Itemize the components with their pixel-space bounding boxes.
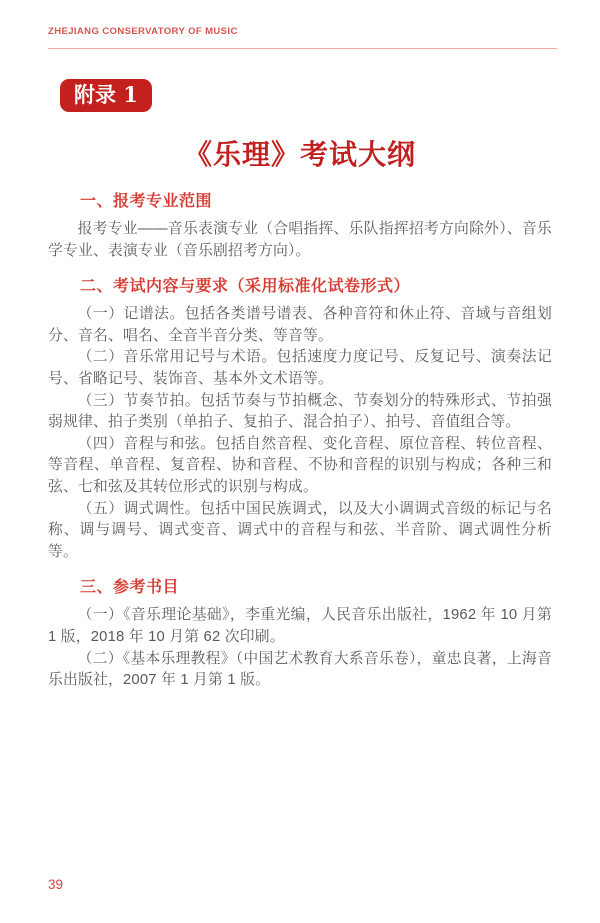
- paragraph: （二）音乐常用记号与术语。包括速度力度记号、反复记号、演奏法记号、省略记号、装饰…: [48, 347, 552, 390]
- paragraph: （四）音程与和弦。包括自然音程、变化音程、原位音程、转位音程、等音程、单音程、复…: [48, 434, 552, 499]
- paragraph: 报考专业——音乐表演专业（合唱指挥、乐队指挥招考方向除外）、音乐学专业、表演专业…: [48, 219, 552, 262]
- document-page: ZHEJIANG CONSERVATORY OF MUSIC 附录 1 《乐理》…: [0, 0, 600, 923]
- section-application-majors: 一、报考专业范围 报考专业——音乐表演专业（合唱指挥、乐队指挥招考方向除外）、音…: [48, 190, 552, 262]
- appendix-badge: 附录 1: [60, 79, 152, 112]
- section-heading-3: 三、参考书目: [48, 576, 552, 600]
- section-reference-books: 三、参考书目 （一）《音乐理论基础》，李重光编，人民音乐出版社，1962 年 1…: [48, 576, 552, 691]
- section-heading-1: 一、报考专业范围: [48, 190, 552, 214]
- header-divider: [48, 48, 557, 49]
- document-title: 《乐理》考试大纲: [48, 138, 552, 172]
- paragraph: （二）《基本乐理教程》（中国艺术教育大系音乐卷），童忠良著，上海音乐出版社，20…: [48, 649, 552, 692]
- paragraph: （一）《音乐理论基础》，李重光编，人民音乐出版社，1962 年 10 月第 1 …: [48, 605, 552, 648]
- paragraph: （一）记谱法。包括各类谱号谱表、各种音符和休止符、音域与音组划分、音名、唱名、全…: [48, 304, 552, 347]
- page-number: 39: [48, 877, 63, 893]
- paragraph: （五）调式调性。包括中国民族调式，以及大小调调式音级的标记与名称、调与调号、调式…: [48, 499, 552, 564]
- paragraph: （三）节奏节拍。包括节奏与节拍概念、节奏划分的特殊形式、节拍强弱规律、拍子类别（…: [48, 391, 552, 434]
- section-heading-2: 二、考试内容与要求（采用标准化试卷形式）: [48, 275, 552, 299]
- document-body: 一、报考专业范围 报考专业——音乐表演专业（合唱指挥、乐队指挥招考方向除外）、音…: [48, 190, 552, 692]
- page-content: ZHEJIANG CONSERVATORY OF MUSIC 附录 1 《乐理》…: [0, 0, 600, 692]
- section-exam-content: 二、考试内容与要求（采用标准化试卷形式） （一）记谱法。包括各类谱号谱表、各种音…: [48, 275, 552, 563]
- institution-name: ZHEJIANG CONSERVATORY OF MUSIC: [48, 0, 552, 37]
